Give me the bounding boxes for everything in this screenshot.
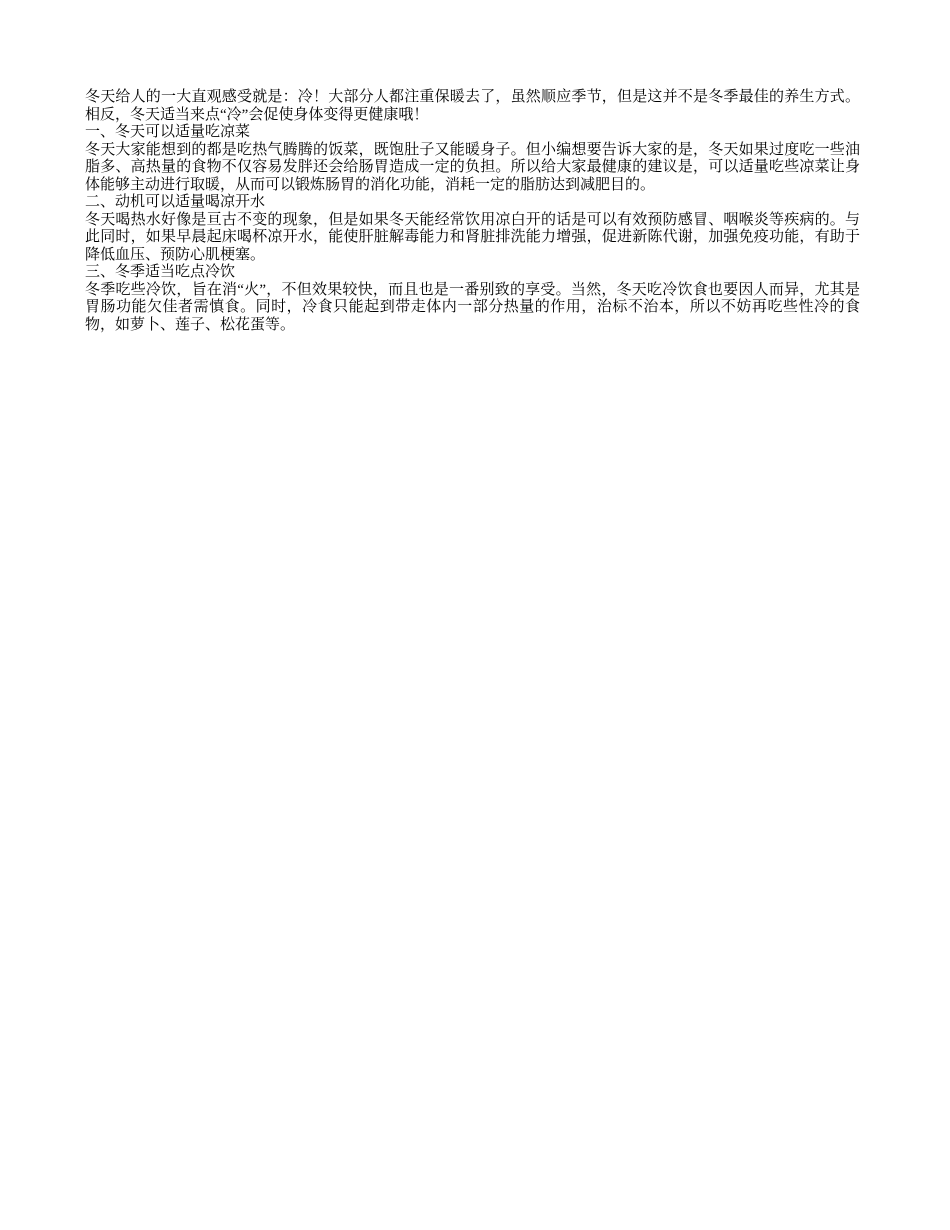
document-page: 冬天给人的一大直观感受就是：冷！大部分人都注重保暖去了，虽然顺应季节，但是这并不… <box>0 0 950 1230</box>
section-3-heading: 三、冬季适当吃点冷饮 <box>85 264 860 282</box>
section-1-heading: 一、冬天可以适量吃凉菜 <box>85 124 860 142</box>
section-1-paragraph: 冬天大家能想到的都是吃热气腾腾的饭菜，既饱肚子又能暖身子。但小编想要告诉大家的是… <box>85 142 860 195</box>
section-3-paragraph: 冬季吃些冷饮，旨在消“火”，不但效果较快，而且也是一番别致的享受。当然，冬天吃冷… <box>85 282 860 335</box>
section-2-heading: 二、动机可以适量喝凉开水 <box>85 194 860 212</box>
document-body: 冬天给人的一大直观感受就是：冷！大部分人都注重保暖去了，虽然顺应季节，但是这并不… <box>85 89 860 334</box>
section-2-paragraph: 冬天喝热水好像是亘古不变的现象，但是如果冬天能经常饮用凉白开的话是可以有效预防感… <box>85 212 860 265</box>
intro-paragraph: 冬天给人的一大直观感受就是：冷！大部分人都注重保暖去了，虽然顺应季节，但是这并不… <box>85 89 860 124</box>
